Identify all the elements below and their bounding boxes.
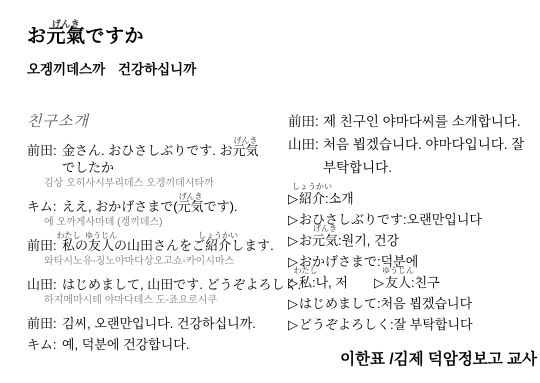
- dialogue-lines: 처음 뵙겠습니다. 야마다입니다. 잘부탁합니다.: [323, 133, 524, 179]
- dialogue-line: 제 친구인 야마다씨를 소개합니다.: [323, 110, 521, 133]
- dialogue-lines: 예, 덕분에 건강합니다.: [62, 336, 189, 353]
- ruby-base: 友人ゆうじん: [385, 272, 411, 293]
- dialogue-line: 金さん. おひさしぶりです. お元気げんき: [62, 142, 258, 159]
- furigana: げんき: [52, 20, 81, 28]
- vocab-line: ▷お元気げんき:원기, 건강: [288, 230, 539, 251]
- dialogue-lines: はじめまして, 山田です. どうぞよろしく.: [62, 276, 301, 293]
- ruby-base: 私わたし: [299, 272, 312, 293]
- ruby-base: 紹介しょうかい: [205, 237, 231, 254]
- dialogue-line: はじめまして, 山田です. どうぞよろしく.: [62, 276, 301, 293]
- dialogue-line: 私わたしの友人ゆうじんの山田さんをご紹介しょうかいします.: [62, 237, 274, 254]
- dialogue-block: 前田:김씨, 오랜만입니다. 건강하십니까.: [27, 315, 281, 332]
- furigana: しょうかい: [292, 183, 332, 191]
- furigana: げんき: [313, 225, 337, 233]
- header: お元氣げんきですか 오겡끼데스까 건강하십니까: [27, 24, 144, 76]
- vocab-line: ▷私わたし:나, 저▷友人ゆうじん:친구: [288, 272, 539, 293]
- vocab-line: ▷紹介しょうかい:소개: [288, 188, 539, 209]
- triangle-bullet-icon: ▷: [374, 275, 384, 290]
- dialogue-row: 前田:金さん. おひさしぶりです. お元気げんきでしたか: [27, 142, 281, 176]
- korean-translation-dialogue: 前田:제 친구인 야마다씨를 소개합니다.山田:처음 뵙겠습니다. 야마다입니다…: [288, 110, 539, 179]
- dialogue-lines: 金さん. おひさしぶりです. お元気げんきでしたか: [62, 142, 258, 176]
- page-title: お元氣げんきですか: [27, 24, 144, 50]
- section-title: 친구소개: [27, 110, 281, 131]
- triangle-bullet-icon: ▷: [288, 296, 298, 311]
- pronunciation-korean: 김상 오히사시부리데스 오겡끼데시타까: [44, 177, 281, 190]
- speaker-label: キム:: [27, 336, 62, 353]
- speaker-label: 前田:: [27, 142, 62, 159]
- vocab-entry: ▷友人ゆうじん:친구: [374, 275, 440, 290]
- furigana: わたし: [294, 267, 318, 275]
- pronunciation-korean: 하지메마시테 야마다데스 도-죠요로시쿠: [44, 294, 281, 307]
- speaker-label: 前田:: [27, 315, 62, 332]
- ruby-base: 元気げんき: [232, 142, 258, 159]
- author-credit: 이한표 /김제 덕암정보고 교사: [288, 347, 539, 369]
- pronunciation-korean: 에 오까게사마데 (겡끼데스): [44, 216, 281, 229]
- ruby-base: 紹介しょうかい: [299, 188, 325, 209]
- furigana: わたし: [57, 232, 81, 240]
- right-column: 前田:제 친구인 야마다씨를 소개합니다.山田:처음 뵙겠습니다. 야마다입니다…: [288, 110, 539, 369]
- speaker-label: 山田:: [27, 276, 62, 293]
- triangle-bullet-icon: ▷: [288, 191, 298, 206]
- dialogue-row: 前田:私わたしの友人ゆうじんの山田さんをご紹介しょうかいします.: [27, 237, 281, 254]
- dialogue-lines: 제 친구인 야마다씨를 소개합니다.: [323, 110, 521, 133]
- dialogue-block: 前田:제 친구인 야마다씨를 소개합니다.: [288, 110, 539, 133]
- dialogue-lines: 김씨, 오랜만입니다. 건강하십니까.: [62, 315, 256, 332]
- dialogue-row: 前田:제 친구인 야마다씨를 소개합니다.: [288, 110, 539, 133]
- left-column: 친구소개 前田:金さん. おひさしぶりです. お元気げんきでしたか김상 오히사시…: [27, 110, 281, 353]
- dialogue-row: キム:ええ, おかげさまで(元気げんきです).: [27, 198, 281, 215]
- dialogue-block: キム:ええ, おかげさまで(元気げんきです).에 오까게사마데 (겡끼데스): [27, 198, 281, 229]
- dialogue-row: 前田:김씨, 오랜만입니다. 건강하십니까.: [27, 315, 281, 332]
- speaker-label: 山田:: [288, 133, 323, 156]
- dialogue-line: ええ, おかげさまで(元気げんきです).: [62, 198, 238, 215]
- vocab-entry: ▷どうぞよろしく:잘 부탁합니다: [288, 317, 473, 332]
- triangle-bullet-icon: ▷: [288, 233, 298, 248]
- vocab-entry: ▷私わたし:나, 저: [288, 275, 348, 290]
- dialogue-row: 山田:처음 뵙겠습니다. 야마다입니다. 잘부탁합니다.: [288, 133, 539, 179]
- triangle-bullet-icon: ▷: [288, 212, 298, 227]
- dialogue-lines: 私わたしの友人ゆうじんの山田さんをご紹介しょうかいします.: [62, 237, 274, 254]
- dialogue-block: 前田:金さん. おひさしぶりです. お元気げんきでしたか김상 오히사시부리데스 …: [27, 142, 281, 190]
- dialogue-row: 山田:はじめまして, 山田です. どうぞよろしく.: [27, 276, 281, 293]
- dialogue-block: 前田:私わたしの友人ゆうじんの山田さんをご紹介しょうかいします.와타시노유-징노…: [27, 237, 281, 268]
- triangle-bullet-icon: ▷: [288, 275, 298, 290]
- furigana: げんき: [179, 193, 203, 201]
- vocab-entry: ▷はじめまして:처음 뵙겠습니다: [288, 296, 472, 311]
- dialogue-line: でしたか: [62, 159, 258, 176]
- vocab-entry: ▷紹介しょうかい:소개: [288, 191, 354, 206]
- title-readings: 오겡끼데스까 건강하십니까: [27, 58, 144, 76]
- dialogue-line: 예, 덕분에 건강합니다.: [62, 336, 189, 353]
- furigana: ゆうじん: [382, 267, 414, 275]
- pronunciation-korean: 와타시노유-징노야마다상오고쇼-카이시마스: [44, 255, 281, 268]
- triangle-bullet-icon: ▷: [288, 317, 298, 332]
- furigana: しょうかい: [198, 232, 238, 240]
- furigana: ゆうじん: [85, 232, 117, 240]
- vocab-line: ▷はじめまして:처음 뵙겠습니다: [288, 293, 539, 314]
- ruby-base: 元気げんき: [178, 198, 204, 215]
- ruby-base: 友人ゆうじん: [88, 237, 114, 254]
- dialogue-block: キム:예, 덕분에 건강합니다.: [27, 336, 281, 353]
- dialogue-line: 처음 뵙겠습니다. 야마다입니다. 잘: [323, 133, 524, 156]
- title-pronunciation-korean: 오겡끼데스까: [27, 62, 105, 77]
- vocab-line: ▷どうぞよろしく:잘 부탁합니다: [288, 314, 539, 335]
- dialogue-block: 山田:처음 뵙겠습니다. 야마다입니다. 잘부탁합니다.: [288, 133, 539, 179]
- speaker-label: キム:: [27, 198, 62, 215]
- ruby-base: 元気げんき: [312, 230, 338, 251]
- vocab-entry: ▷お元気げんき:원기, 건강: [288, 233, 399, 248]
- ruby-base: 元氣げんき: [47, 24, 86, 50]
- furigana: げんき: [233, 137, 257, 145]
- handout-page: お元氣げんきですか 오겡끼데스까 건강하십니까 친구소개 前田:金さん. おひさ…: [0, 0, 540, 383]
- japanese-dialogue: 前田:金さん. おひさしぶりです. お元気げんきでしたか김상 오히사시부리데스 …: [27, 142, 281, 353]
- speaker-label: 前田:: [288, 110, 323, 133]
- title-meaning-korean: 건강하십니까: [118, 58, 196, 78]
- dialogue-line: 김씨, 오랜만입니다. 건강하십니까.: [62, 315, 256, 332]
- dialogue-row: キム:예, 덕분에 건강합니다.: [27, 336, 281, 353]
- dialogue-block: 山田:はじめまして, 山田です. どうぞよろしく.하지메마시테 야마다데스 도-…: [27, 276, 281, 307]
- ruby-base: 私わたし: [62, 237, 75, 254]
- vocabulary-list: ▷紹介しょうかい:소개▷おひさしぶりです:오랜만입니다▷お元気げんき:원기, 건…: [288, 188, 539, 335]
- dialogue-lines: ええ, おかげさまで(元気げんきです).: [62, 198, 238, 215]
- dialogue-line: 부탁합니다.: [323, 156, 524, 179]
